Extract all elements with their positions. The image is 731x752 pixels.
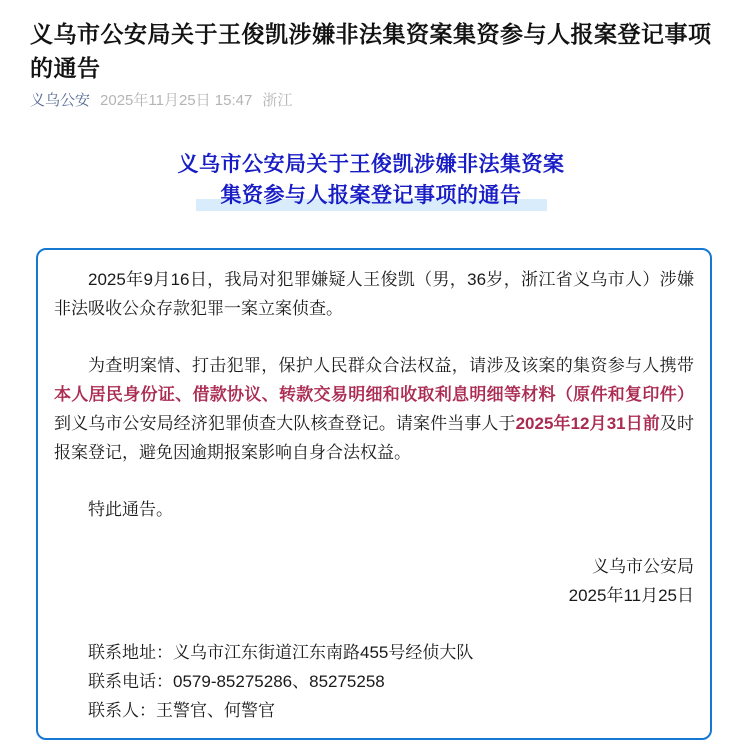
notice-heading-line2: 集资参与人报案登记事项的通告 (196, 180, 547, 211)
signature-organization: 义乌市公安局 (54, 552, 694, 581)
notice-heading-line1: 义乌市公安局关于王俊凯涉嫌非法集资案 (30, 149, 712, 180)
publish-location: 浙江 (262, 90, 292, 111)
article-page: 义乌市公安局关于王俊凯涉嫌非法集资案集资参与人报案登记事项的通告 义乌公安 20… (0, 0, 731, 740)
article-title: 义乌市公安局关于王俊凯涉嫌非法集资案集资参与人报案登记事项的通告 (30, 17, 712, 85)
notice-box: 2025年9月16日，我局对犯罪嫌疑人王俊凯（男，36岁，浙江省义乌市人）涉嫌非… (36, 248, 712, 740)
requirements-text-middle: 到义乌市公安局经济犯罪侦查大队核查登记。请案件当事人于 (54, 414, 516, 433)
required-materials-emphasis: 本人居民身份证、借款协议、转款交易明细和收取利息明细等材料（原件和复印件） (54, 385, 694, 404)
signature-date: 2025年11月25日 (54, 581, 694, 610)
notice-paragraph-filing: 2025年9月16日，我局对犯罪嫌疑人王俊凯（男，36岁，浙江省义乌市人）涉嫌非… (54, 265, 694, 323)
byline: 义乌公安 2025年11月25日 15:47 浙江 (30, 90, 712, 111)
notice-closing: 特此通告。 (54, 495, 694, 524)
notice-paragraph-requirements: 为查明案情、打击犯罪，保护人民群众合法权益，请涉及该案的集资参与人携带本人居民身… (54, 351, 694, 467)
notice-heading-line2-row: 集资参与人报案登记事项的通告 (30, 180, 712, 211)
publish-datetime: 2025年11月25日 15:47 (100, 90, 252, 111)
contact-phone: 联系电话：0579-85275286、85275258 (54, 667, 694, 696)
account-name-link[interactable]: 义乌公安 (30, 90, 90, 111)
deadline-emphasis: 2025年12月31日前 (516, 414, 660, 433)
contact-person: 联系人：王警官、何警官 (54, 696, 694, 725)
contact-address: 联系地址：义乌市江东街道江东南路455号经侦大队 (54, 638, 694, 667)
notice-heading: 义乌市公安局关于王俊凯涉嫌非法集资案 集资参与人报案登记事项的通告 (30, 149, 712, 211)
requirements-text-lead: 为查明案情、打击犯罪，保护人民群众合法权益，请涉及该案的集资参与人携带 (88, 356, 694, 375)
